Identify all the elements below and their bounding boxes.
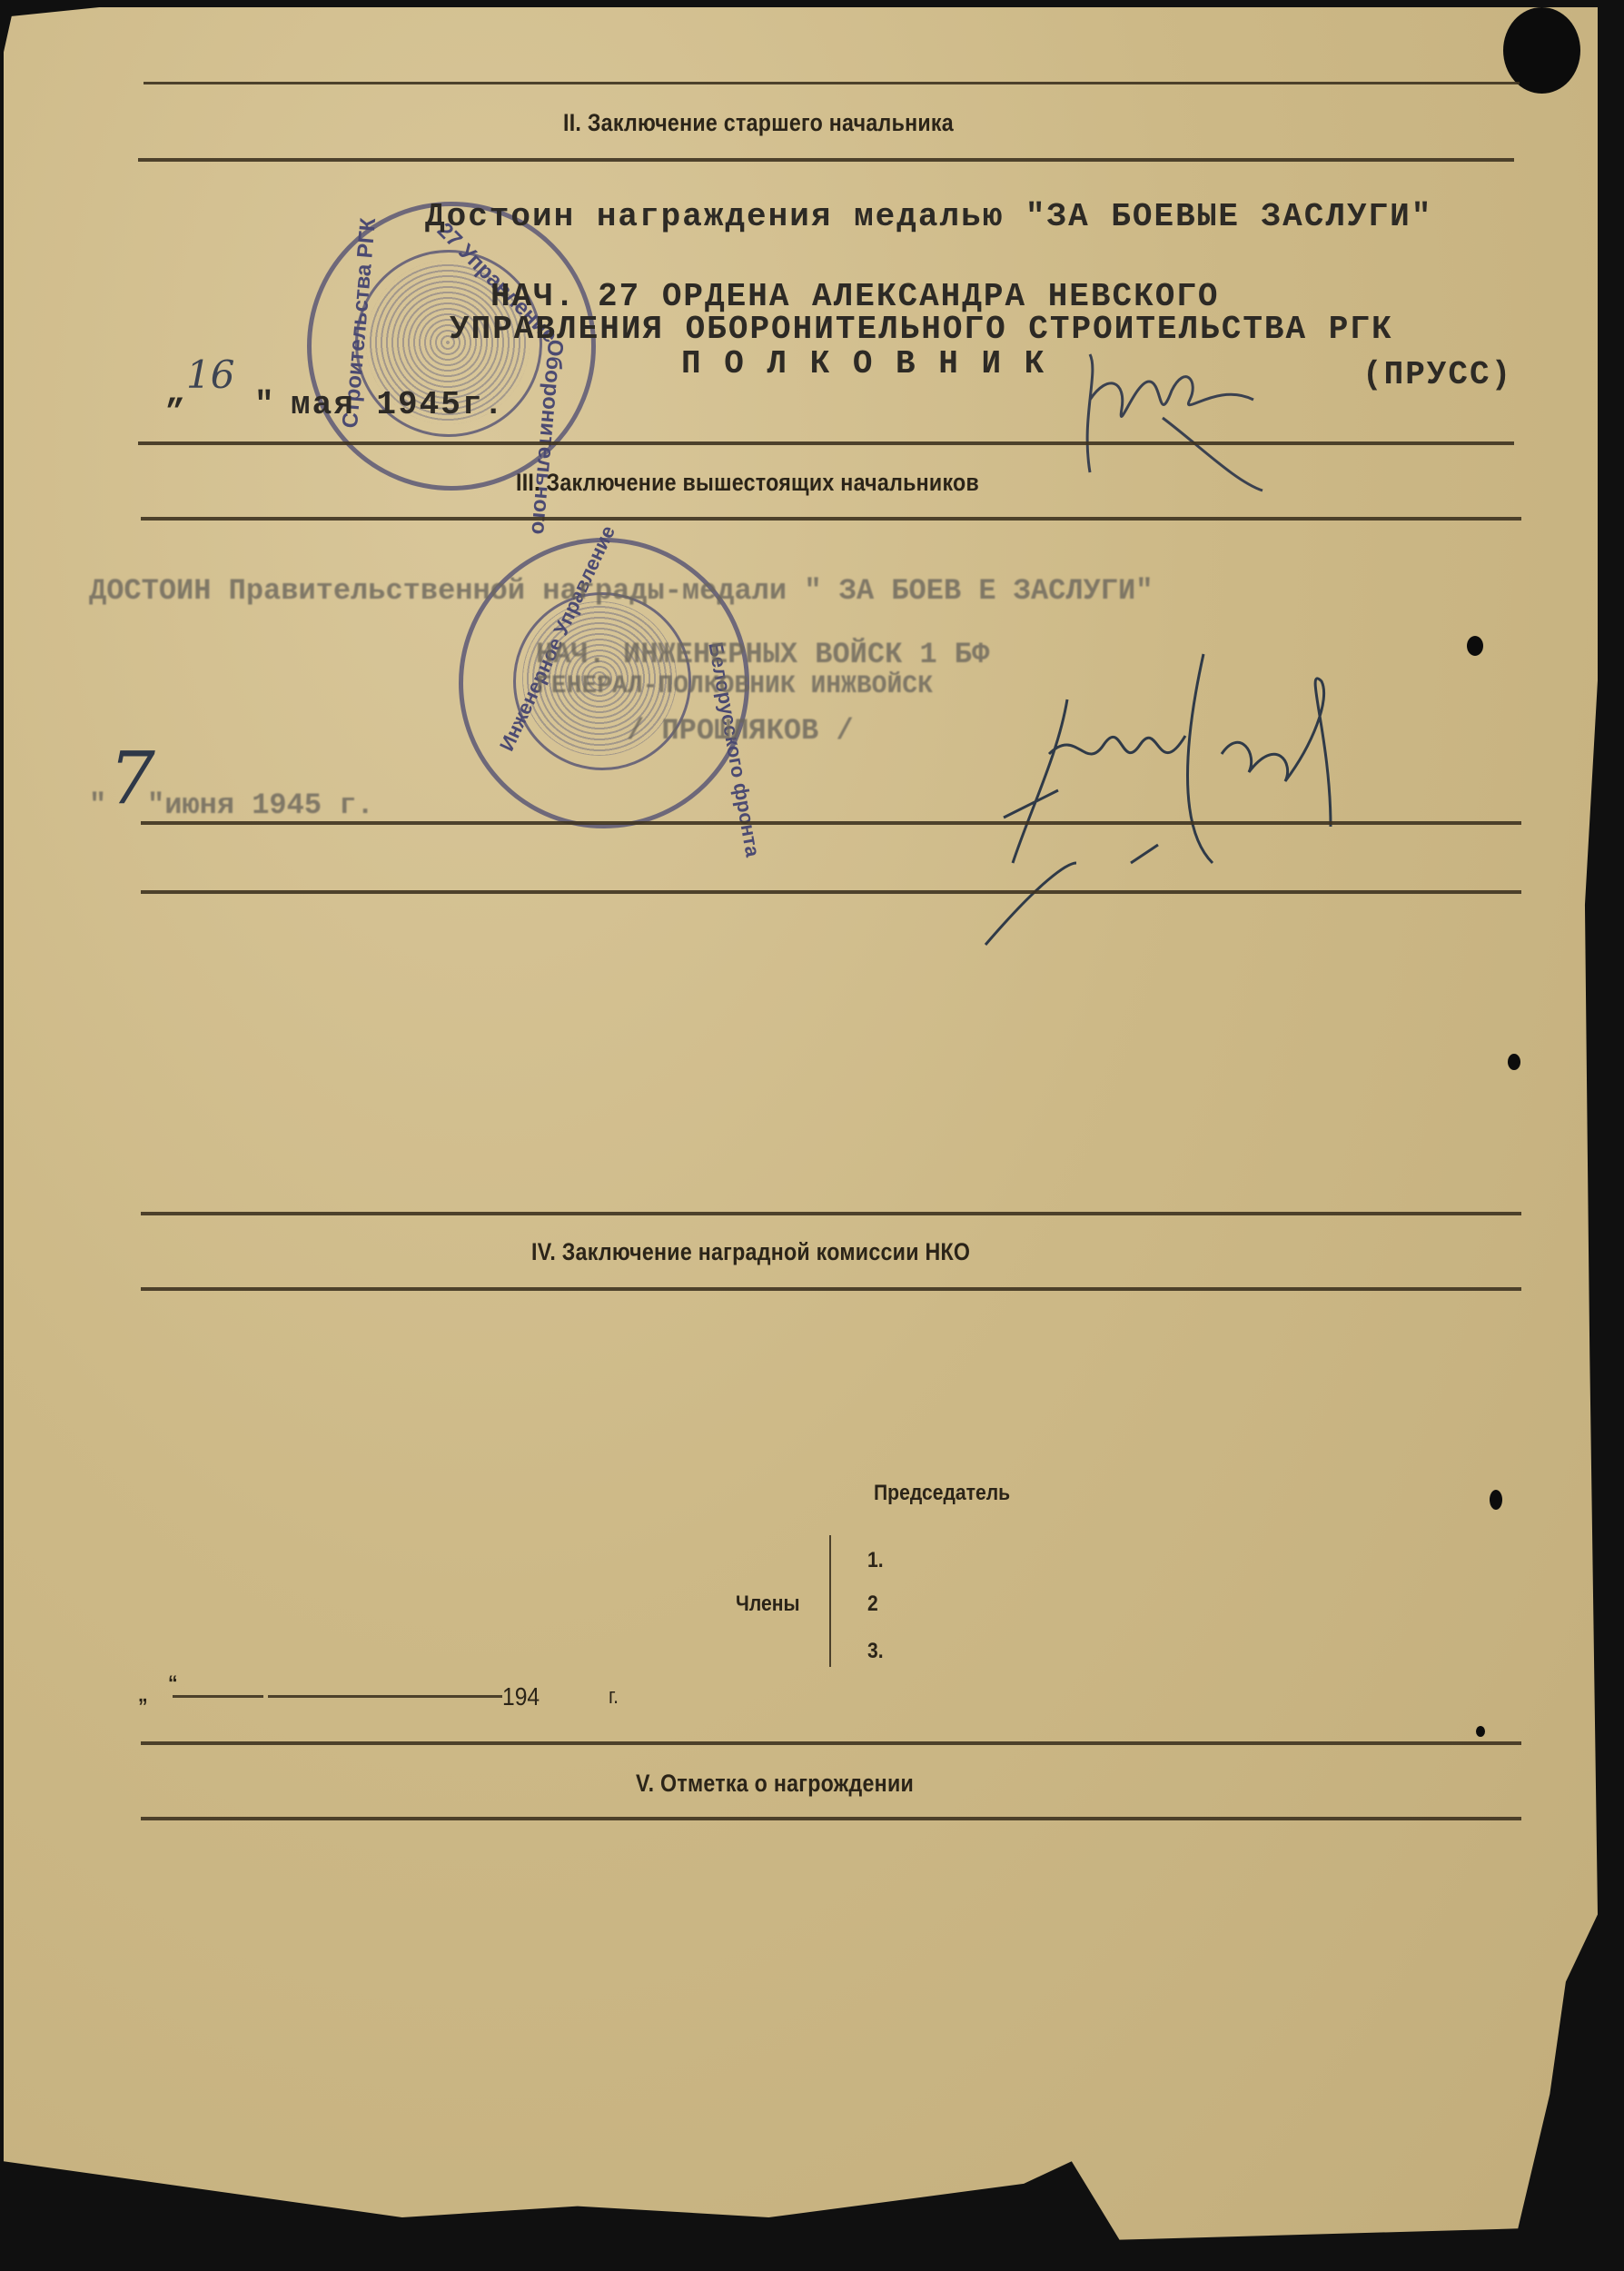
date-quote: ": [254, 386, 276, 423]
section-3-heading: III. Заключение вышестоящих начальников: [516, 469, 979, 497]
divider: [141, 1817, 1521, 1820]
date-suffix: г.: [609, 1684, 619, 1710]
verdict-text: Достоин награждения медалью "ЗА БОЕВЫЕ З…: [425, 198, 1432, 235]
members-bracket: [829, 1535, 831, 1667]
date-year: 194: [502, 1682, 540, 1711]
divider: [138, 158, 1514, 162]
signer-name: (ПРУСС): [1362, 356, 1512, 393]
date-quote: „: [165, 374, 187, 412]
date-quote: ": [89, 788, 106, 822]
signature: [949, 645, 1403, 945]
date-text: "июня 1945 г.: [147, 788, 374, 822]
divider: [141, 1287, 1521, 1291]
section-4-heading: IV. Заключение наградной комиссии НКО: [531, 1238, 970, 1266]
members-label: Члены: [736, 1592, 800, 1617]
ink-stain: [1503, 7, 1580, 94]
signer-title: НАЧ. ИНЖЕНЕРНЫХ ВОЙСК 1 БФ: [536, 638, 989, 671]
divider: [141, 517, 1521, 521]
date-blank: [173, 1695, 263, 1698]
divider: [141, 890, 1521, 894]
date-quote: „: [138, 1682, 148, 1708]
divider: [141, 821, 1521, 825]
date-quote: “: [168, 1671, 178, 1697]
punch-hole: [1476, 1726, 1485, 1737]
section-2-heading: II. Заключение старшего начальника: [563, 109, 954, 137]
divider: [141, 1212, 1521, 1215]
divider: [141, 1741, 1521, 1745]
date-blank: [268, 1695, 502, 1698]
date-text: мая 1945г.: [291, 386, 505, 423]
date-day: 16: [186, 352, 234, 397]
punch-hole: [1508, 1054, 1520, 1070]
member-1: 1.: [867, 1548, 884, 1573]
signature: [1072, 345, 1326, 491]
member-3: 3.: [867, 1639, 884, 1664]
punch-hole: [1467, 636, 1483, 656]
divider: [144, 82, 1520, 84]
verdict-text: ДОСТОИН Правительственной награды-медали…: [89, 574, 1153, 608]
signer-title: ГЕНЕРАЛ-ПОЛКОВНИК ИНЖВОЙСК: [536, 672, 933, 700]
signer-title: УПРАВЛЕНИЯ ОБОРОНИТЕЛЬНОГО СТРОИТЕЛЬСТВА…: [450, 311, 1393, 348]
member-2: 2: [867, 1592, 878, 1617]
signer-name: / ПРОШЛЯКОВ /: [627, 714, 854, 748]
signer-rank: П О Л К О В Н И К: [681, 345, 1045, 382]
signer-title: НАЧ. 27 ОРДЕНА АЛЕКСАНДРА НЕВСКОГО: [490, 278, 1220, 315]
section-5-heading: V. Отметка о нагрождении: [636, 1770, 914, 1798]
chairman-label: Председатель: [874, 1481, 1010, 1506]
divider: [138, 441, 1514, 445]
punch-hole: [1490, 1490, 1502, 1510]
